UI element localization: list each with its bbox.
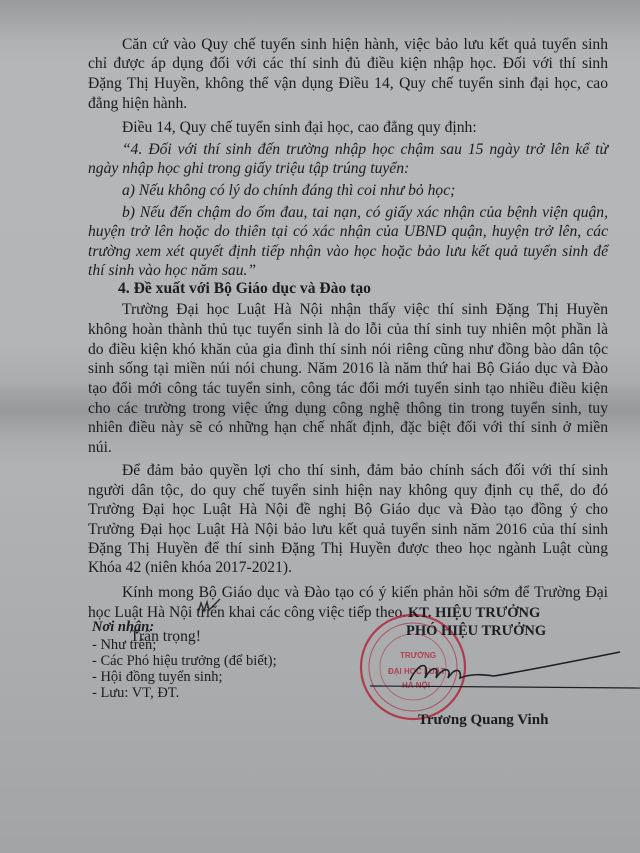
quote-line: b) Nếu đến chậm do ốm đau, tai nạn, có g… xyxy=(122,204,608,222)
body-line: không hoàn thành thủ tục tuyển sinh là d… xyxy=(88,321,608,339)
body-line: Căn cứ vào Quy chế tuyển sinh hiện hành,… xyxy=(122,36,608,54)
shadow-top xyxy=(0,0,640,40)
quote-line: huyện trở lên hoặc do thiên tại có xác n… xyxy=(88,223,608,241)
section-heading: 4. Đề xuất với Bộ Giáo dục và Đào tạo xyxy=(118,280,638,298)
handwritten-signature-icon xyxy=(370,640,640,700)
signature-title2: PHÓ HIỆU TRƯỞNG xyxy=(406,623,546,640)
body-line: do điều kiện khó khăn của gia đình thí s… xyxy=(88,341,608,359)
initials-mark-icon xyxy=(196,597,224,617)
body-line: cho các trường trong việc ứng dụng công … xyxy=(88,400,608,418)
document-page: Căn cứ vào Quy chế tuyển sinh hiện hành,… xyxy=(0,0,640,853)
body-line: Trường Đại học Luật Hà Nội đề nghị Bộ Gi… xyxy=(88,501,608,519)
body-line: Trường Đại học Luật Hà Nội nhận thấy việ… xyxy=(122,301,608,319)
body-line: sinh sống tại miền núi nói chung. Năm 20… xyxy=(88,360,608,378)
body-line: người dân tộc, do quy chế tuyển sinh hiệ… xyxy=(88,482,608,500)
body-line: Đặng Thị Huyền để thí sinh Đặng Thị Huyề… xyxy=(88,540,608,558)
body-line: nhiên điều này sẽ có những hạn chế nhất … xyxy=(88,419,608,437)
signer-name: Trương Quang Vinh xyxy=(418,712,548,729)
signature-title1: KT. HIỆU TRƯỞNG xyxy=(408,605,540,622)
quote-line: a) Nếu không có lý do chính đáng thì coi… xyxy=(122,182,608,200)
quote-line: ngày nhập học ghi trong giấy triệu tập t… xyxy=(88,160,608,178)
quote-line: thí sinh vào học năm sau.” xyxy=(88,262,608,280)
body-line: chỉ được áp dụng đối với các thí sinh đủ… xyxy=(88,55,608,73)
body-line: núi. xyxy=(88,439,608,457)
body-line: Kính mong Bộ Giáo dục và Đào tạo có ý ki… xyxy=(122,584,608,602)
body-line: Trường Đại học Luật Hà Nội bảo lưu kết q… xyxy=(88,521,608,539)
body-line: Khóa 42 (niên khóa 2017-2021). xyxy=(88,559,608,577)
body-line: Điều 14, Quy chế tuyển sinh đại học, cao… xyxy=(122,119,608,137)
quote-line: “4. Đối với thí sinh đến trường nhập học… xyxy=(122,141,608,159)
body-line: Để đảm bảo quyền lợi cho thí sinh, đảm b… xyxy=(122,462,608,480)
body-line: tạo đổi mới công tác tuyển sinh, công tá… xyxy=(88,380,608,398)
body-line: đẳng hiện hành. xyxy=(88,95,608,113)
quote-line: trường xem xét quyết định tiếp nhận vào … xyxy=(88,243,608,261)
body-line: Đặng Thị Huyền, không thể vận dụng Điều … xyxy=(88,75,608,93)
